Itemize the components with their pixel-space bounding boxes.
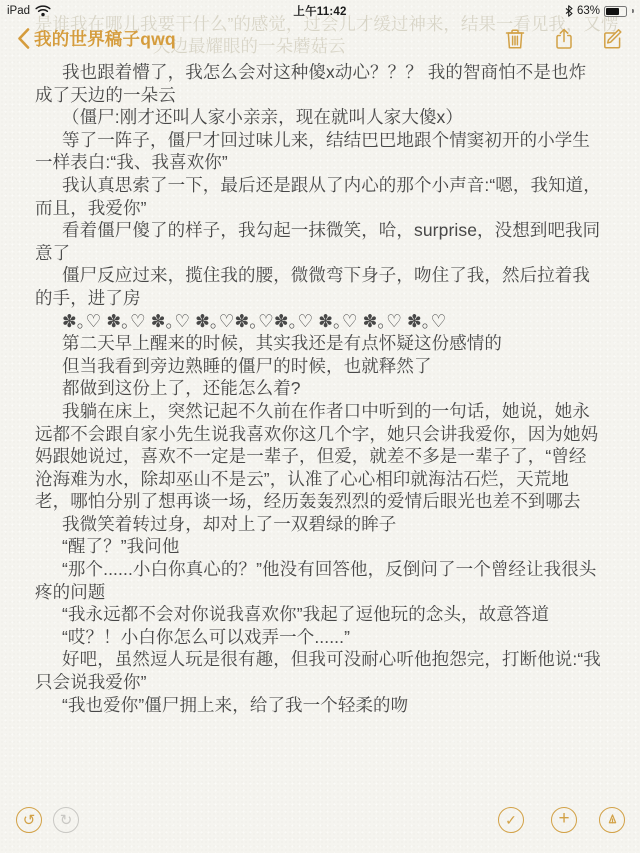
note-paragraph: 我认真思索了一下，最后还是跟从了内心的那个小声音:“嗯，我知道，而且，我爱你” — [35, 174, 603, 219]
wifi-icon — [35, 5, 51, 17]
note-paragraph: 但当我看到旁边熟睡的僵尸的时候，也就释然了 — [35, 355, 603, 378]
bluetooth-icon — [565, 5, 573, 17]
battery-cap — [632, 9, 634, 13]
note-paragraph: “哎？！小白你怎么可以戏弄一个......” — [35, 626, 603, 649]
note-paragraph: 我微笑着转过身，却对上了一双碧绿的眸子 — [35, 513, 603, 536]
undo-button[interactable]: ↺ — [16, 807, 42, 833]
note-paragraph: 看着僵尸傻了的样子，我勾起一抹微笑，哈，surprise，没想到吧我同意了 — [35, 219, 603, 264]
share-icon[interactable] — [552, 27, 576, 51]
back-button[interactable]: 我的世界稿子qwq — [17, 26, 176, 51]
note-paragraph: “我也爱你”僵尸拥上来，给了我一个轻柔的吻 — [35, 694, 603, 717]
note-paragraph: 我躺在床上，突然记起不久前在作者口中听到的一句话，她说，她永远都不会跟自家小先生… — [35, 400, 603, 513]
undo-icon: ↺ — [23, 811, 36, 829]
battery-icon — [604, 6, 627, 17]
pen-icon — [605, 813, 620, 828]
trash-icon[interactable] — [503, 27, 527, 51]
back-button-label: 我的世界稿子qwq — [34, 26, 176, 51]
note-paragraph: 第二天早上醒来的时候，其实我还是有点怀疑这份感情的 — [35, 332, 603, 355]
clock: 上午11:42 — [293, 3, 346, 19]
device-label: iPad — [7, 5, 30, 17]
note-paragraph: 好吧，虽然逗人玩是很有趣，但我可没耐心听他抱怨完，打断他说:“我只会说我爱你” — [35, 648, 603, 693]
note-paragraph: 僵尸反应过来，揽住我的腰，微微弯下身子，吻住了我，然后拉着我的手，进了房 — [35, 264, 603, 309]
redo-icon: ↻ — [60, 811, 73, 829]
nav-actions — [503, 27, 625, 51]
note-paragraph: 我也跟着懵了，我怎么会对这种傻x动心？？？ 我的智商怕不是也炸成了天边的一朵云 — [35, 61, 603, 106]
note-paragraph: 都做到这份上了，还能怎么着? — [35, 377, 603, 400]
note-paragraph: （僵尸:刚才还叫人家小亲亲，现在就叫人家大傻x） — [35, 106, 603, 129]
notes-app-screen: 是谁我在哪儿我要干什么”的感觉，过会儿才缓过神来，结果一看见我，又愣 天边最耀眼… — [0, 0, 640, 853]
note-paragraph: ✽｡♡ ✽｡♡ ✽｡♡ ✽｡♡✽｡♡✽｡♡ ✽｡♡ ✽｡♡ ✽｡♡ — [35, 310, 603, 333]
checkmark-icon: ✓ — [505, 812, 517, 829]
note-paragraph: “那个......小白你真心的？”他没有回答他，反倒问了一个曾经让我很头疼的问题 — [35, 558, 603, 603]
note-paragraph: “我永远都不会对你说我喜欢你”我起了逗他玩的念头，故意答道 — [35, 603, 603, 626]
add-button[interactable]: + — [551, 807, 577, 833]
note-paragraph: “醒了？”我问他 — [35, 535, 603, 558]
redo-button[interactable]: ↻ — [53, 807, 79, 833]
checklist-button[interactable]: ✓ — [498, 807, 524, 833]
bottom-toolbar: ↺ ↻ ✓ + — [0, 807, 640, 853]
status-bar: iPad 上午11:42 63% — [0, 0, 640, 20]
nav-bar: 我的世界稿子qwq — [0, 20, 640, 57]
markup-button[interactable] — [599, 807, 625, 833]
battery-fill — [606, 8, 619, 15]
note-text-area[interactable]: 我也跟着懵了，我怎么会对这种傻x动心？？？ 我的智商怕不是也炸成了天边的一朵云（… — [0, 57, 640, 716]
compose-icon[interactable] — [601, 27, 625, 51]
battery-percent-label: 63% — [577, 5, 600, 17]
back-chevron-icon — [17, 28, 30, 49]
plus-icon: + — [558, 808, 569, 830]
note-paragraph: 等了一阵子，僵尸才回过味儿来，结结巴巴地跟个情窦初开的小学生一样表白:“我、我喜… — [35, 129, 603, 174]
